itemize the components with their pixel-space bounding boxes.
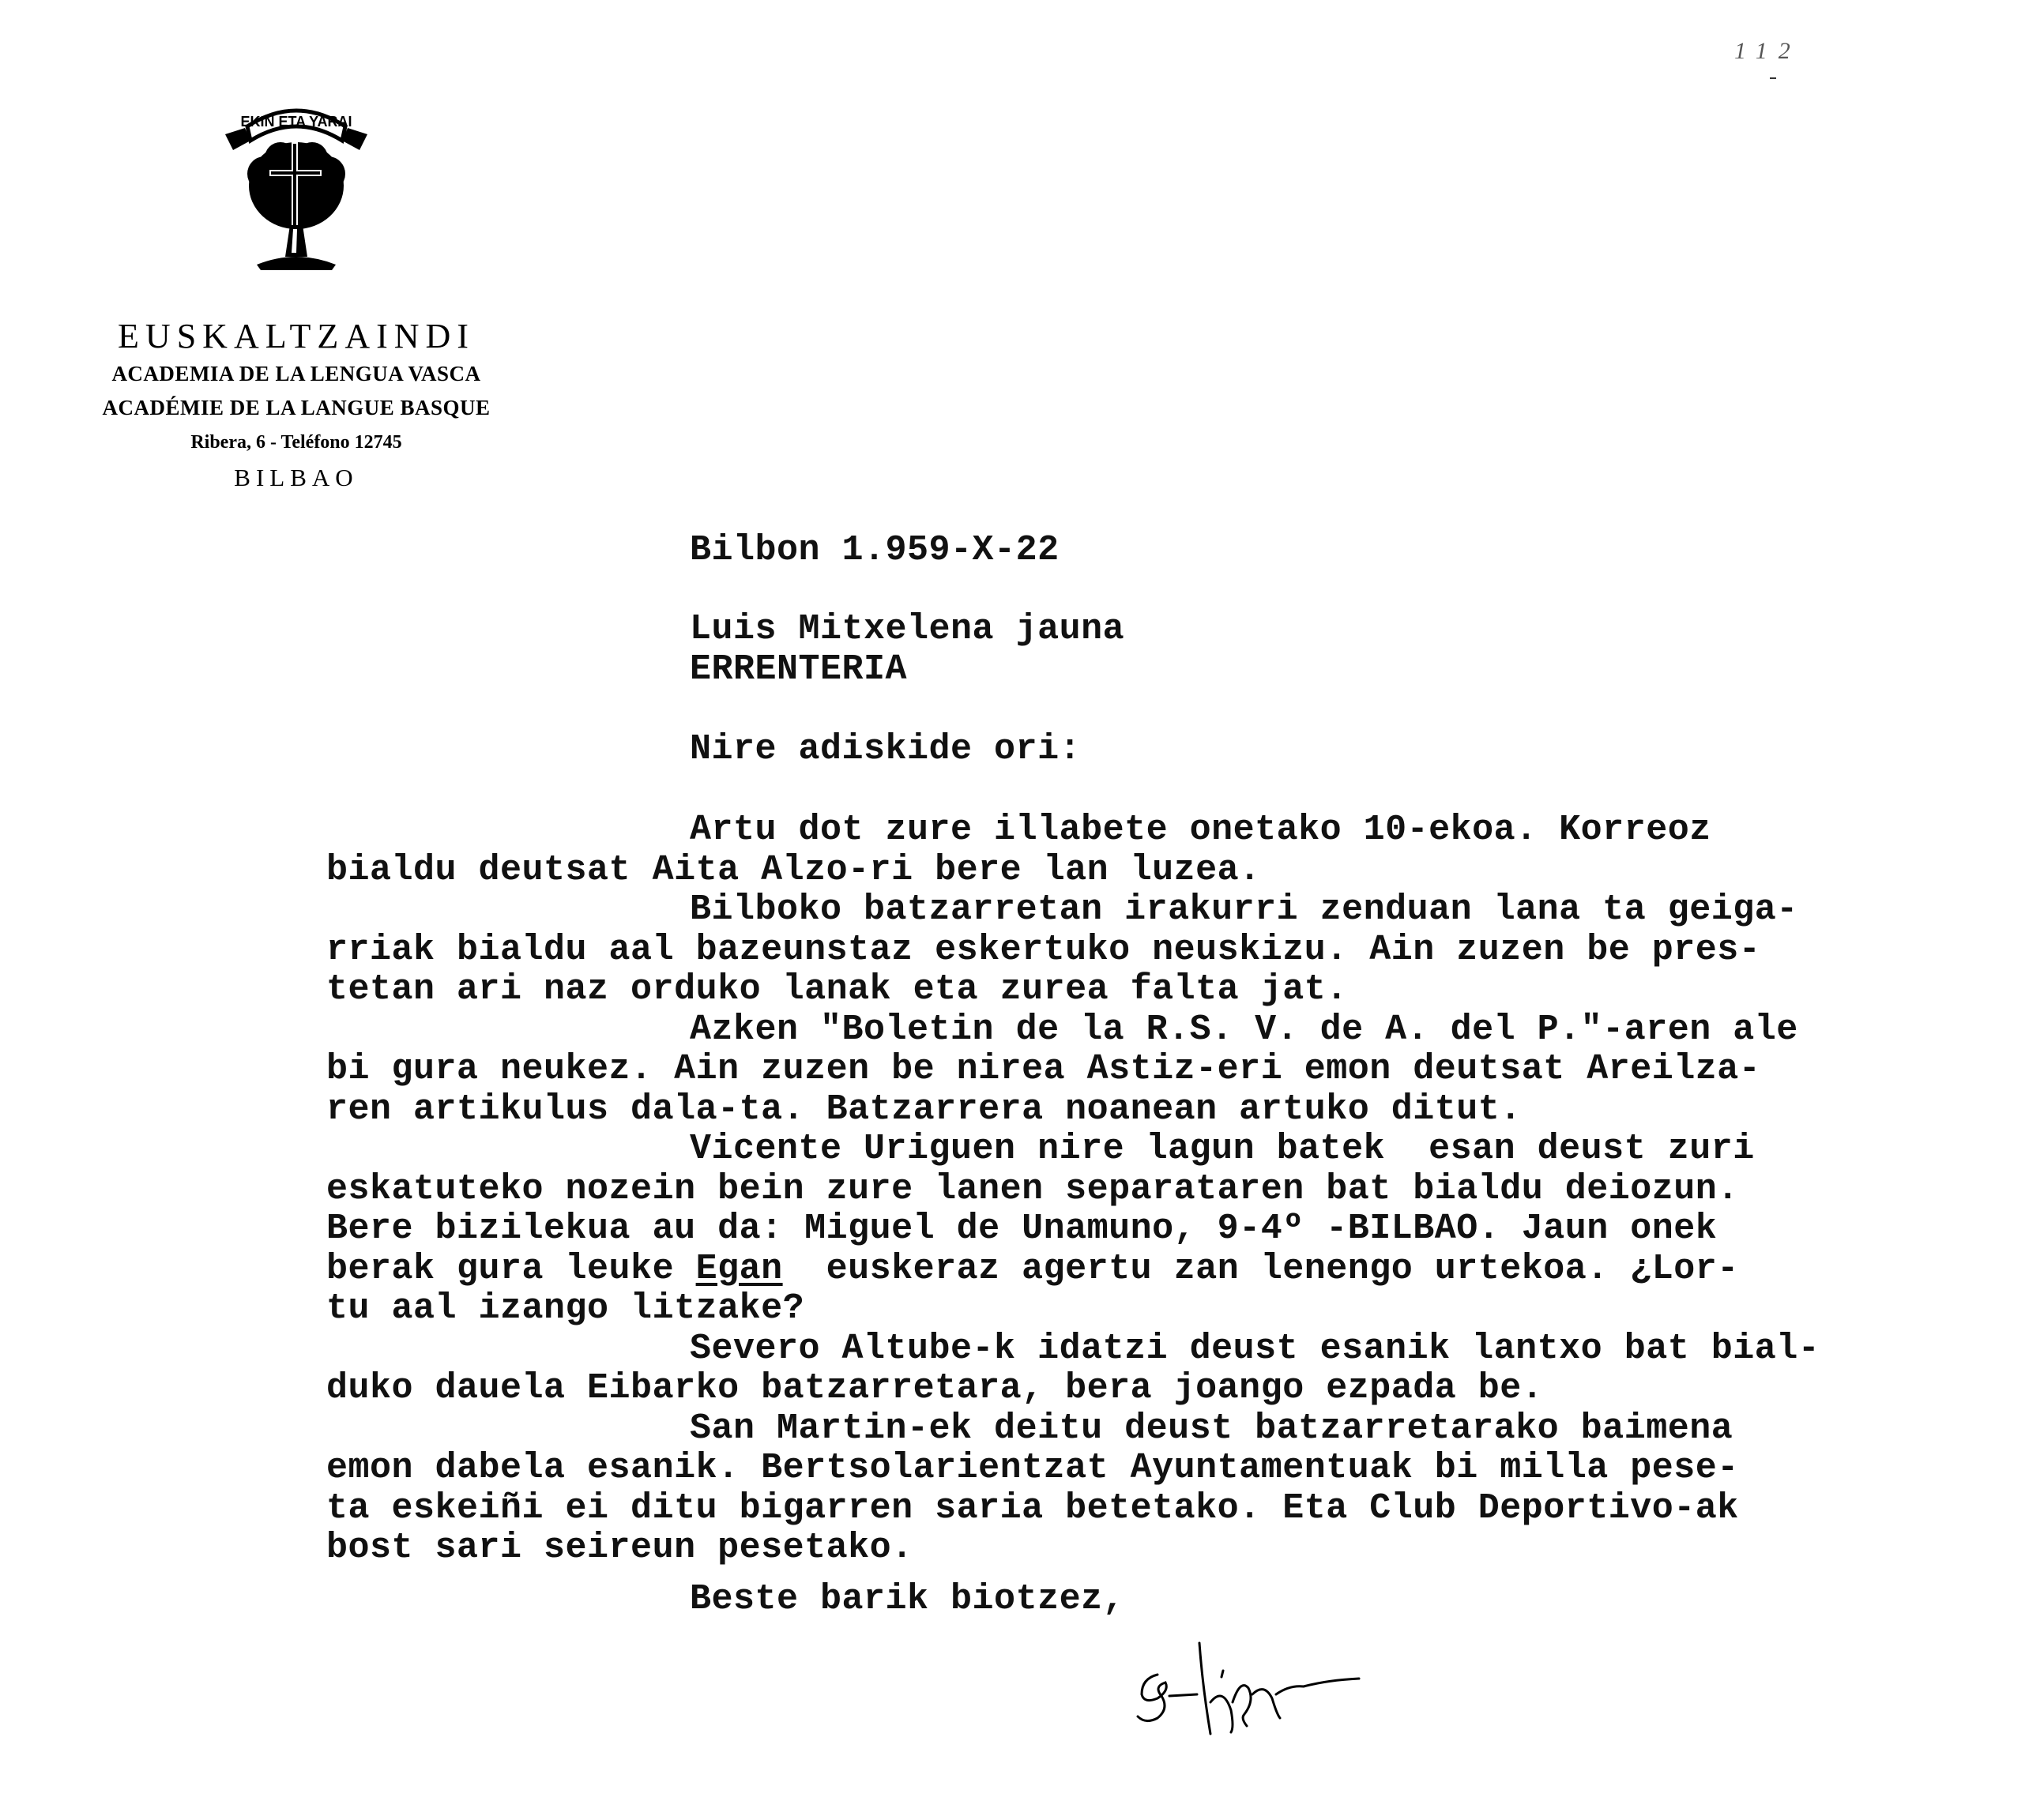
salutation: Nire adiskide ori: — [690, 730, 1081, 770]
academy-name-french: ACADÉMIE DE LA LANGUE BASQUE — [71, 391, 521, 425]
letter-page: 112 EKIN ETA YARAI — [0, 0, 2044, 1801]
body-line: Bere bizilekua au da: Miguel de Unamuno,… — [326, 1209, 1717, 1249]
body-line: emon dabela esanik. Bertsolarientzat Ayu… — [326, 1448, 1739, 1488]
body-line: euskeraz agertu zan lenengo urtekoa. ¿Lo… — [783, 1249, 1739, 1289]
body-line: Severo Altube-k idatzi deust esanik lant… — [690, 1329, 1820, 1369]
body-line: bost sari seireun pesetako. — [326, 1528, 913, 1568]
underlined-title-egan: Egan — [696, 1249, 783, 1289]
page-mark-underline — [1770, 77, 1776, 79]
letter-date: Bilbon 1.959-X-22 — [690, 531, 1060, 571]
body-line: Vicente Uriguen nire lagun batek esan de… — [690, 1129, 1755, 1169]
body-line: bialdu deutsat Aita Alzo-ri bere lan luz… — [326, 850, 1261, 890]
svg-text:EKIN ETA YARAI: EKIN ETA YARAI — [240, 114, 352, 130]
academy-name-spanish: ACADEMIA DE LA LENGUA VASCA — [71, 357, 521, 391]
body-line: ta eskeiñi ei ditu bigarren saria beteta… — [326, 1488, 1739, 1528]
body-line: berak gura leuke — [326, 1249, 696, 1289]
body-line: eskatuteko nozein bein zure lanen separa… — [326, 1169, 1739, 1209]
body-line: bi gura neukez. Ain zuzen be nirea Astiz… — [326, 1049, 1760, 1089]
signature-icon — [1122, 1639, 1375, 1742]
body-line: ren artikulus dala-ta. Batzarrera noanea… — [326, 1089, 1522, 1130]
body-line: Artu dot zure illabete onetako 10-ekoa. … — [690, 810, 1711, 850]
letter-body: Artu dot zure illabete onetako 10-ekoa. … — [326, 810, 1820, 1569]
tree-emblem-icon: EKIN ETA YARAI — [201, 95, 391, 276]
recipient-name: Luis Mitxelena jauna — [690, 609, 1124, 649]
body-line: Bilboko batzarretan irakurri zenduan lan… — [690, 889, 1798, 930]
body-line: rriak bialdu aal bazeunstaz eskertuko ne… — [326, 930, 1760, 970]
academy-city: BILBAO — [71, 460, 521, 496]
academy-address: Ribera, 6 - Teléfono 12745 — [71, 425, 521, 460]
body-line: Azken "Boletin de la R.S. V. de A. del P… — [690, 1010, 1798, 1050]
closing: Beste barik biotzez, — [690, 1580, 1124, 1620]
body-line: duko dauela Eibarko batzarretara, bera j… — [326, 1368, 1543, 1408]
academy-name: EUSKALTZAINDI — [71, 316, 521, 357]
recipient-place: ERRENTERIA — [690, 649, 907, 690]
body-line: tu aal izango litzake? — [326, 1288, 804, 1329]
body-line: San Martin-ek deitu deust batzarretarako… — [690, 1408, 1733, 1449]
recipient-block: Luis Mitxelena jauna ERRENTERIA — [690, 610, 1124, 690]
body-line: tetan ari naz orduko lanak eta zurea fal… — [326, 969, 1348, 1010]
letterhead: EKIN ETA YARAI EUSKALTZAINDI ACADEMI — [71, 95, 521, 496]
page-number-mark: 112 — [1734, 38, 1801, 65]
